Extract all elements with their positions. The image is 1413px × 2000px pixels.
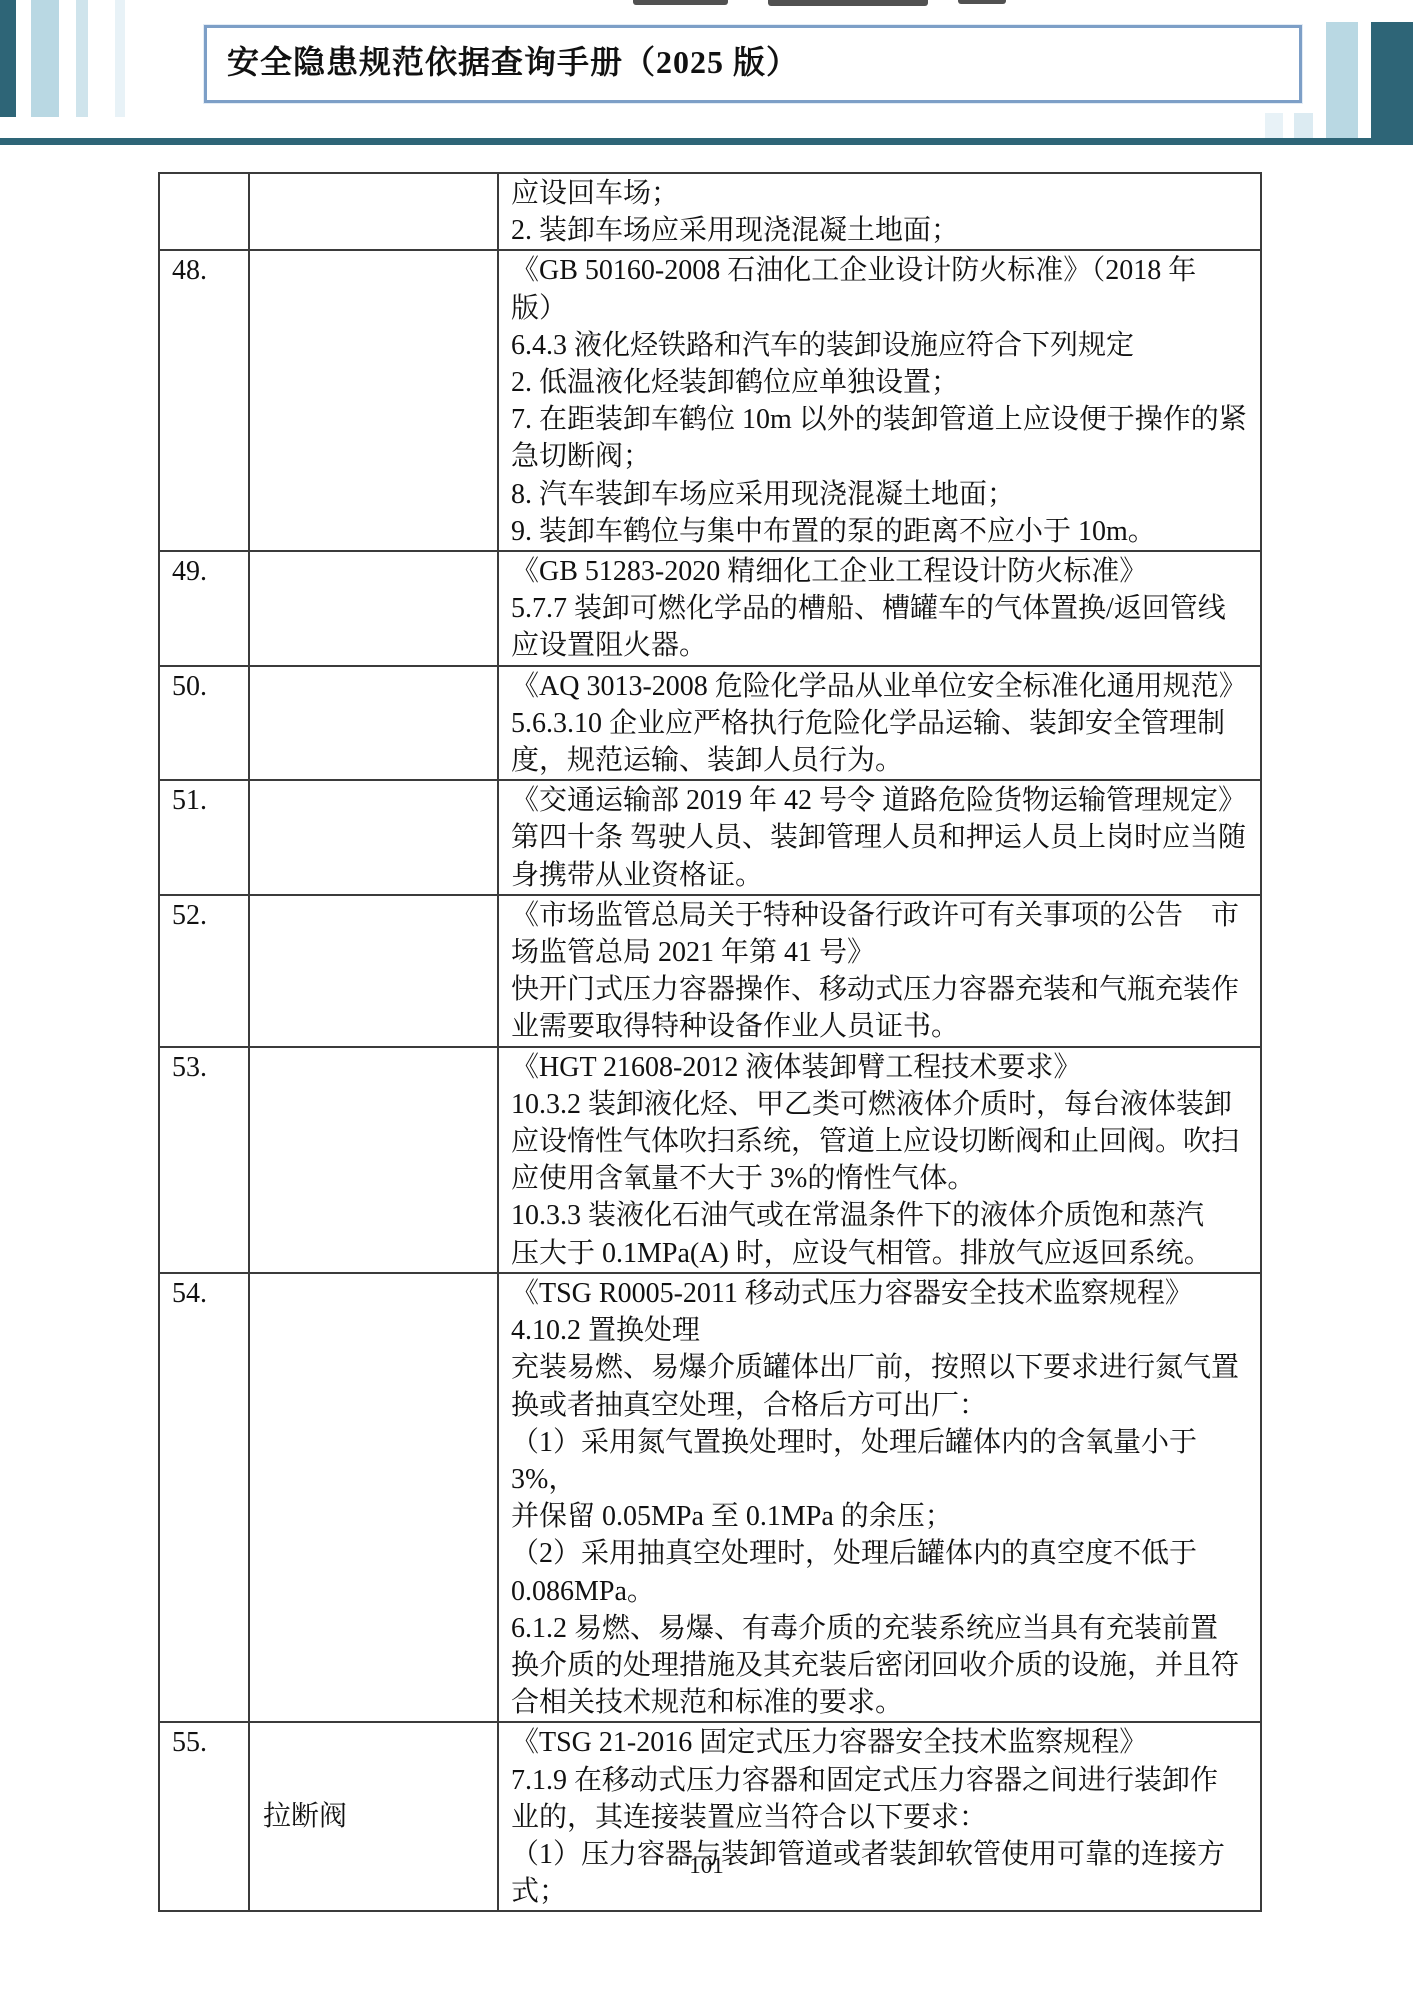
row-content: 《TSG 21-2016 固定式压力容器安全技术监察规程》 7.1.9 在移动式… (499, 1723, 1260, 1910)
regulation-table: 应设回车场； 2. 装卸车场应采用现浇混凝土地面； 48. 《GB 50160-… (158, 172, 1262, 1912)
row-number: 52. (172, 900, 207, 931)
left-accent-bar-light (31, 0, 59, 117)
row-number: 53. (172, 1052, 207, 1083)
row-content: 《市场监管总局关于特种设备行政许可有关事项的公告 市 场监管总局 2021 年第… (499, 896, 1260, 1046)
table-row: 48. 《GB 50160-2008 石油化工企业设计防火标准》（2018 年版… (160, 249, 1260, 550)
row-content: 《AQ 3013-2008 危险化学品从业单位安全标准化通用规范》 5.6.3.… (499, 667, 1260, 780)
row-content: 《TSG R0005-2011 移动式压力容器安全技术监察规程》 4.10.2 … (499, 1274, 1260, 1721)
row-number: 48. (172, 255, 207, 286)
row-content: 《GB 51283-2020 精细化工企业工程设计防火标准》 5.7.7 装卸可… (499, 552, 1260, 665)
table-row: 52. 《市场监管总局关于特种设备行政许可有关事项的公告 市 场监管总局 202… (160, 894, 1260, 1046)
row-number: 50. (172, 671, 207, 702)
left-accent-bar-lighter (76, 0, 88, 117)
row-category-cell (250, 1048, 499, 1272)
document-page: { "header": { "title": "安全隐患规范依据查询手册（202… (0, 0, 1413, 2000)
scan-artifact (958, 0, 1006, 4)
row-number-cell (160, 174, 250, 249)
row-number: 54. (172, 1278, 207, 1309)
row-number-cell: 53. (160, 1048, 250, 1272)
page-title: 安全隐患规范依据查询手册（2025 版） (207, 28, 1299, 83)
row-number-cell: 50. (160, 667, 250, 780)
right-accent-bar-dark (1371, 22, 1413, 144)
header-title-box: 安全隐患规范依据查询手册（2025 版） (204, 25, 1302, 103)
row-category-cell (250, 251, 499, 550)
row-content: 《HGT 21608-2012 液体装卸臂工程技术要求》 10.3.2 装卸液化… (499, 1048, 1260, 1272)
right-accent-bar-light (1326, 22, 1358, 138)
row-category-cell (250, 781, 499, 894)
scan-artifact (633, 0, 728, 5)
row-number-cell: 51. (160, 781, 250, 894)
row-number: 55. (172, 1727, 207, 1758)
row-category-cell: 拉断阀 (250, 1723, 499, 1910)
row-number-cell: 49. (160, 552, 250, 665)
scan-artifact (768, 0, 928, 6)
row-number-cell: 55. (160, 1723, 250, 1910)
page-number: 101 (0, 1853, 1413, 1879)
row-category-cell (250, 667, 499, 780)
row-content: 《交通运输部 2019 年 42 号令 道路危险货物运输管理规定》 第四十条 驾… (499, 781, 1260, 894)
table-row: 应设回车场； 2. 装卸车场应采用现浇混凝土地面； (160, 174, 1260, 249)
left-accent-bar-faint (115, 0, 125, 117)
header-divider-band (0, 138, 1413, 145)
table-row: 50. 《AQ 3013-2008 危险化学品从业单位安全标准化通用规范》 5.… (160, 665, 1260, 780)
row-category-cell (250, 1274, 499, 1721)
left-accent-bar-dark (0, 0, 16, 117)
row-category-cell (250, 896, 499, 1046)
row-category-cell (250, 552, 499, 665)
row-number-cell: 52. (160, 896, 250, 1046)
row-category-cell (250, 174, 499, 249)
table-row: 51. 《交通运输部 2019 年 42 号令 道路危险货物运输管理规定》 第四… (160, 779, 1260, 894)
right-accent-bar-faint (1265, 113, 1283, 138)
row-content: 应设回车场； 2. 装卸车场应采用现浇混凝土地面； (499, 174, 1260, 249)
row-number: 49. (172, 556, 207, 587)
row-number-cell: 54. (160, 1274, 250, 1721)
table-row: 49. 《GB 51283-2020 精细化工企业工程设计防火标准》 5.7.7… (160, 550, 1260, 665)
row-category: 拉断阀 (263, 1798, 347, 1835)
table-row: 54. 《TSG R0005-2011 移动式压力容器安全技术监察规程》 4.1… (160, 1272, 1260, 1721)
right-accent-bar-mid (1294, 113, 1313, 138)
table-body: 应设回车场； 2. 装卸车场应采用现浇混凝土地面； 48. 《GB 50160-… (160, 174, 1260, 1910)
row-number: 51. (172, 785, 207, 816)
table-row: 53. 《HGT 21608-2012 液体装卸臂工程技术要求》 10.3.2 … (160, 1046, 1260, 1272)
row-number-cell: 48. (160, 251, 250, 550)
row-content: 《GB 50160-2008 石油化工企业设计防火标准》（2018 年版） 6.… (499, 251, 1260, 550)
table-row: 55. 拉断阀 《TSG 21-2016 固定式压力容器安全技术监察规程》 7.… (160, 1721, 1260, 1910)
